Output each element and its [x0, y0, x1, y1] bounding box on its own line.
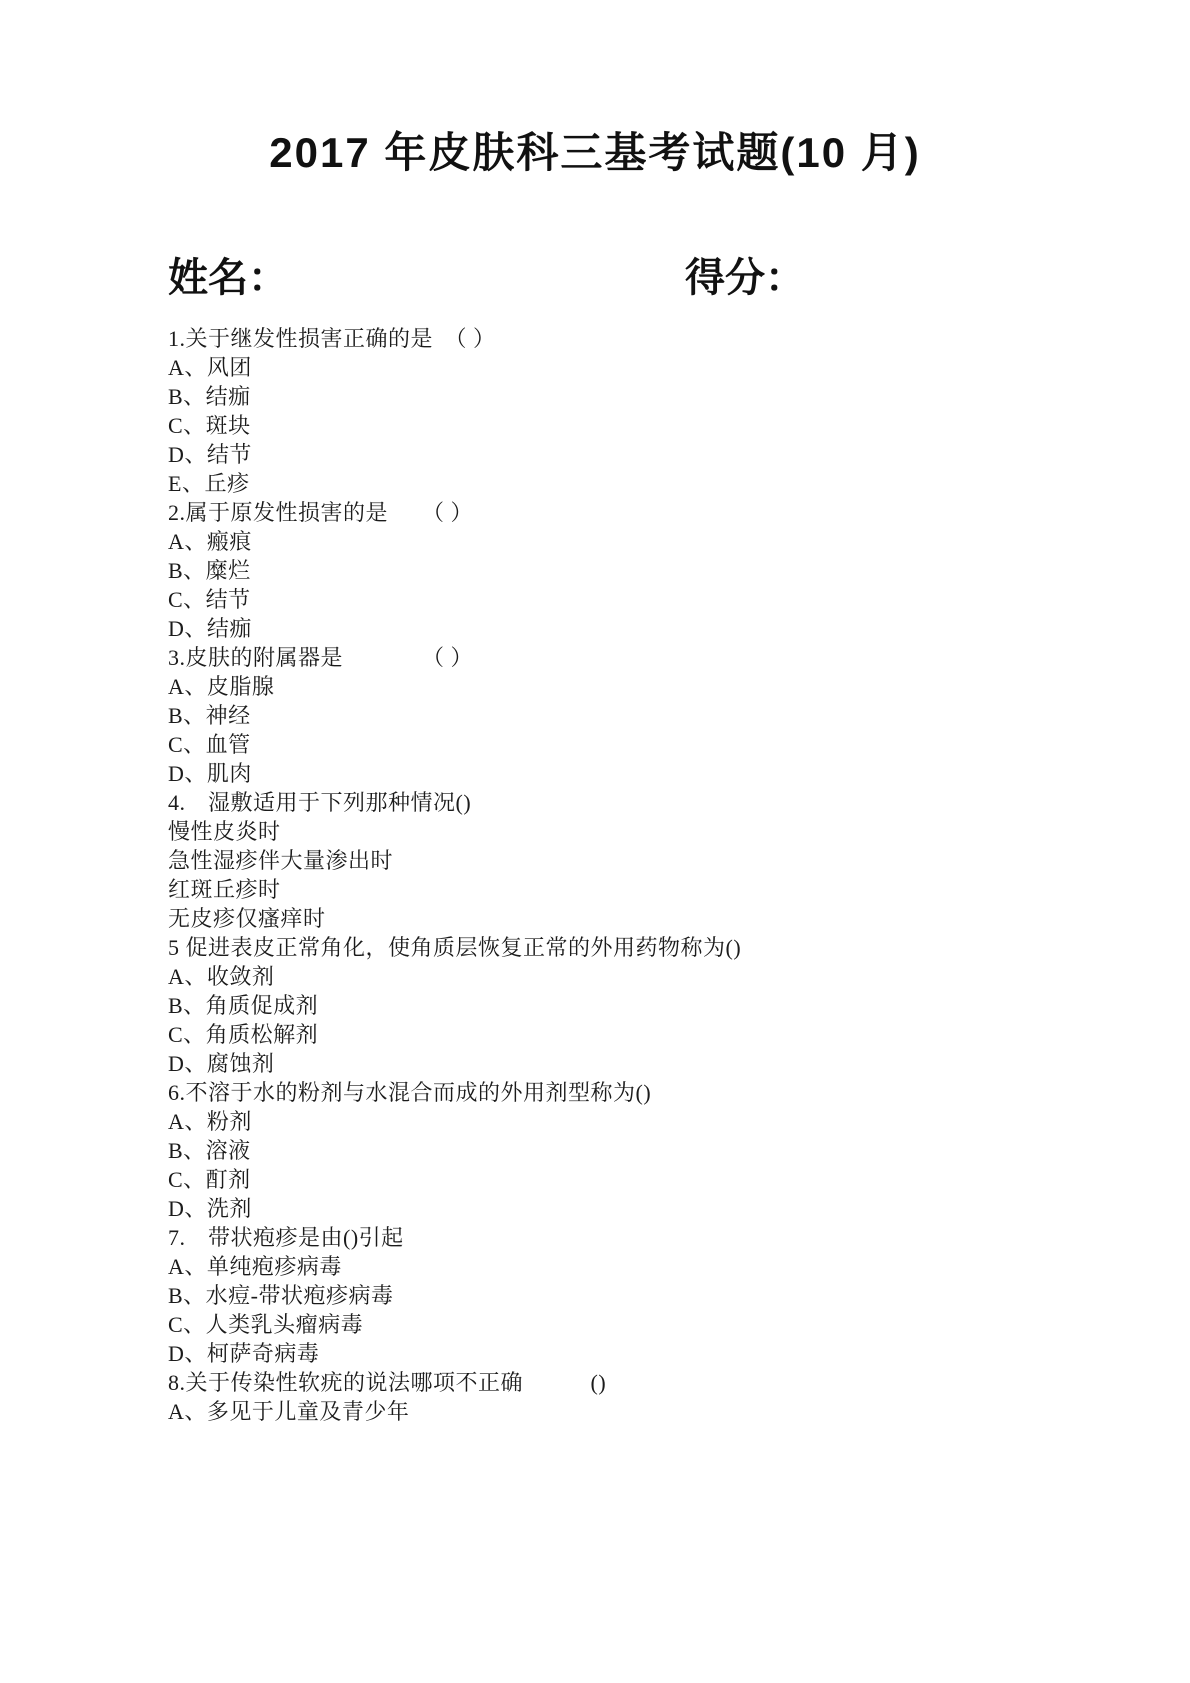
- question-option: 慢性皮炎时: [168, 817, 1050, 846]
- question-option: 无皮疹仅瘙痒时: [168, 904, 1050, 933]
- question: 2.属于原发性损害的是 （ ）A、瘢痕B、糜烂C、结节D、结痂: [168, 498, 1050, 643]
- question-text: 3.皮肤的附属器是 （ ）: [168, 643, 1050, 672]
- question-text: 1.关于继发性损害正确的是 （ ）: [168, 324, 1050, 353]
- page-title: 2017 年皮肤科三基考试题(10 月): [0, 0, 1190, 180]
- question-option: A、单纯疱疹病毒: [168, 1252, 1050, 1281]
- question-option: B、神经: [168, 701, 1050, 730]
- question-option: A、粉剂: [168, 1107, 1050, 1136]
- question-option: A、多见于儿童及青少年: [168, 1397, 1050, 1426]
- name-label: 姓名：: [168, 256, 288, 300]
- question-option: 红斑丘疹时: [168, 875, 1050, 904]
- question-option: C、血管: [168, 730, 1050, 759]
- question-option: C、酊剂: [168, 1165, 1050, 1194]
- question-text: 5 促进表皮正常角化，使角质层恢复正常的外用药物称为(): [168, 933, 1050, 962]
- question-option: A、风团: [168, 353, 1050, 382]
- question-option: D、结痂: [168, 614, 1050, 643]
- question: 8.关于传染性软疣的说法哪项不正确 ()A、多见于儿童及青少年: [168, 1368, 1050, 1426]
- question-option: D、柯萨奇病毒: [168, 1339, 1050, 1368]
- questions-list: 1.关于继发性损害正确的是 （ ）A、风团B、结痂C、斑块D、结节E、丘疹2.属…: [0, 324, 1190, 1426]
- question-option: B、糜烂: [168, 556, 1050, 585]
- question: 6.不溶于水的粉剂与水混合而成的外用剂型称为()A、粉剂B、溶液C、酊剂D、洗剂: [168, 1078, 1050, 1223]
- name-score-row: 姓名： 得分：: [0, 246, 1190, 298]
- exam-document-page: 2017 年皮肤科三基考试题(10 月) 姓名： 得分： 1.关于继发性损害正确…: [0, 0, 1190, 1683]
- question-option: 急性湿疹伴大量渗出时: [168, 846, 1050, 875]
- question-option: A、皮脂腺: [168, 672, 1050, 701]
- question-option: B、水痘-带状疱疹病毒: [168, 1281, 1050, 1310]
- question-text: 6.不溶于水的粉剂与水混合而成的外用剂型称为(): [168, 1078, 1050, 1107]
- question-option: C、人类乳头瘤病毒: [168, 1310, 1050, 1339]
- question-text: 2.属于原发性损害的是 （ ）: [168, 498, 1050, 527]
- question-option: C、角质松解剂: [168, 1020, 1050, 1049]
- question-text: 8.关于传染性软疣的说法哪项不正确 (): [168, 1368, 1050, 1397]
- question-option: A、瘢痕: [168, 527, 1050, 556]
- question: 4. 湿敷适用于下列那种情况()慢性皮炎时急性湿疹伴大量渗出时红斑丘疹时无皮疹仅…: [168, 788, 1050, 933]
- question: 1.关于继发性损害正确的是 （ ）A、风团B、结痂C、斑块D、结节E、丘疹: [168, 324, 1050, 498]
- question: 5 促进表皮正常角化，使角质层恢复正常的外用药物称为()A、收敛剂B、角质促成剂…: [168, 933, 1050, 1078]
- question: 3.皮肤的附属器是 （ ）A、皮脂腺B、神经C、血管D、肌肉: [168, 643, 1050, 788]
- question-option: D、洗剂: [168, 1194, 1050, 1223]
- question: 7. 带状疱疹是由()引起A、单纯疱疹病毒B、水痘-带状疱疹病毒C、人类乳头瘤病…: [168, 1223, 1050, 1368]
- question-option: D、肌肉: [168, 759, 1050, 788]
- question-option: C、结节: [168, 585, 1050, 614]
- question-option: D、腐蚀剂: [168, 1049, 1050, 1078]
- score-label: 得分：: [685, 246, 805, 303]
- question-option: B、溶液: [168, 1136, 1050, 1165]
- question-text: 7. 带状疱疹是由()引起: [168, 1223, 1050, 1252]
- question-text: 4. 湿敷适用于下列那种情况(): [168, 788, 1050, 817]
- question-option: A、收敛剂: [168, 962, 1050, 991]
- question-option: E、丘疹: [168, 469, 1050, 498]
- question-option: B、角质促成剂: [168, 991, 1050, 1020]
- question-option: B、结痂: [168, 382, 1050, 411]
- question-option: D、结节: [168, 440, 1050, 469]
- question-option: C、斑块: [168, 411, 1050, 440]
